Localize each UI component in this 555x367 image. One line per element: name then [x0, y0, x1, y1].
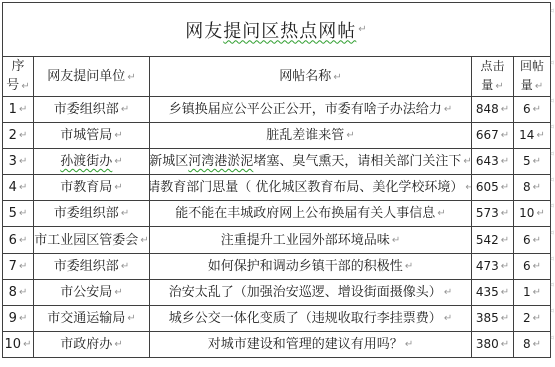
- paragraph-mark-icon: ↵: [533, 336, 541, 353]
- unit-cell: 市政府办↵: [33, 332, 149, 357]
- cell-text: 6: [523, 258, 531, 275]
- post-title-cell: 注重提升工业园外部环境品味↵: [149, 227, 471, 252]
- header-cell-post: 网帖名称↵: [149, 57, 471, 96]
- row-end-markers: ¤¤¤¤¤¤¤¤¤¤¤¤: [549, 0, 555, 367]
- paragraph-mark-icon: ↵: [533, 101, 541, 118]
- serial-cell: 5↵: [3, 201, 33, 226]
- row-end-marker-icon: ¤: [550, 203, 554, 210]
- header-label: 回帖: [520, 57, 544, 76]
- paragraph-mark-icon: ↵: [114, 179, 122, 196]
- paragraph-mark-icon: ↵: [19, 205, 27, 222]
- paragraph-mark-icon: ↵: [536, 205, 544, 222]
- paragraph-mark-icon: ↵: [19, 258, 27, 275]
- post-title-cell: 新城区河湾港淤泥堵塞、臭气熏天，请相关部门关注下↵: [149, 149, 471, 174]
- row-end-marker-icon: ¤: [550, 308, 554, 315]
- replies-cell: 6↵: [513, 254, 550, 279]
- cell-text: 8: [9, 284, 17, 301]
- table-row: 10↵市政府办↵对城市建设和管理的建议有用吗？↵380↵8↵: [3, 331, 550, 357]
- clicks-cell: 605↵: [471, 175, 513, 200]
- cell-text: 385: [476, 310, 499, 327]
- clicks-cell: 848↵: [471, 97, 513, 122]
- row-end-marker-icon: ¤: [550, 8, 554, 15]
- cell-text: 3: [9, 153, 17, 170]
- paragraph-mark-icon: ↵: [444, 101, 452, 118]
- clicks-cell: 385↵: [471, 306, 513, 331]
- table-row: 2↵市城管局↵脏乱差谁来管↵667↵14↵: [3, 122, 550, 148]
- table-row: 1↵市委组织部↵乡镇换届应公平公正公开，市委有啥子办法给力↵848↵6↵: [3, 96, 550, 122]
- cell-text: 孙渡街办: [60, 153, 112, 170]
- cell-text: 市委组织部: [54, 205, 119, 222]
- serial-cell: 7↵: [3, 254, 33, 279]
- table-row: 5↵市委组织部↵能不能在丰城政府网上公布换届有关人事信息↵573↵10↵: [3, 200, 550, 226]
- cell-text: 如何保护和调动乡镇干部的积极性: [208, 258, 403, 275]
- post-title-cell: 能不能在丰城政府网上公布换届有关人事信息↵: [149, 201, 471, 226]
- paragraph-mark-icon: ↵: [444, 284, 452, 301]
- unit-cell: 市城管局↵: [33, 123, 149, 148]
- table-title-row: 网友提问区热点网帖↵: [3, 3, 550, 56]
- header-label: 网帖名称↵: [279, 67, 341, 87]
- paragraph-mark-icon: ↵: [121, 258, 129, 275]
- cell-text: 能不能在丰城政府网上公布换届有关人事信息: [175, 205, 435, 222]
- cell-text: 市城管局: [60, 127, 112, 144]
- unit-cell: 市委组织部↵: [33, 254, 149, 279]
- cell-text: 堵塞、臭气熏天，请相关部门关注下: [253, 153, 461, 170]
- cell-text: 573: [476, 205, 499, 222]
- cell-text: 643: [476, 153, 499, 170]
- paragraph-mark-icon: ↵: [501, 205, 509, 222]
- replies-cell: 1↵: [513, 280, 550, 305]
- paragraph-mark-icon: ↵: [19, 232, 27, 249]
- replies-cell: 10↵: [513, 201, 550, 226]
- serial-cell: 10↵: [3, 332, 33, 357]
- paragraph-mark-icon: ↵: [114, 336, 122, 353]
- paragraph-mark-icon: ↵: [501, 179, 509, 196]
- replies-cell: 6↵: [513, 97, 550, 122]
- paragraph-mark-icon: ↵: [21, 81, 29, 92]
- cell-text: 市工业园区管委会: [34, 232, 138, 249]
- cell-text: 542: [476, 232, 499, 249]
- unit-cell: 市交通运输局↵: [33, 306, 149, 331]
- row-end-marker-icon: ¤: [550, 256, 554, 263]
- header-label: 号↵: [6, 76, 29, 96]
- post-title-cell: 治安太乱了（加强治安巡逻、增设街面摄像头）↵: [149, 280, 471, 305]
- table-body: 1↵市委组织部↵乡镇换届应公平公正公开，市委有啥子办法给力↵848↵6↵2↵市城…: [3, 96, 550, 357]
- paragraph-mark-icon: ↵: [333, 72, 341, 83]
- paragraph-mark-icon: ↵: [437, 205, 445, 222]
- cell-text: 市公安局: [60, 284, 112, 301]
- paragraph-mark-icon: ↵: [501, 310, 509, 327]
- row-end-marker-icon: ¤: [550, 230, 554, 237]
- paragraph-mark-icon: ↵: [444, 310, 452, 327]
- paragraph-mark-icon: ↵: [501, 336, 509, 353]
- clicks-cell: 435↵: [471, 280, 513, 305]
- paragraph-mark-icon: ↵: [121, 205, 129, 222]
- table-title-wavy: 提问区热点网帖: [223, 17, 356, 43]
- header-cell-serial: 序号↵: [3, 57, 33, 96]
- paragraph-mark-icon: ↵: [358, 24, 367, 35]
- paragraph-mark-icon: ↵: [127, 310, 135, 327]
- clicks-cell: 667↵: [471, 123, 513, 148]
- unit-cell: 市委组织部↵: [33, 201, 149, 226]
- replies-cell: 14↵: [513, 123, 550, 148]
- cell-text: 2: [523, 310, 531, 327]
- unit-cell: 市工业园区管委会↵: [33, 227, 149, 252]
- cell-text: 市委组织部: [54, 258, 119, 275]
- serial-cell: 9↵: [3, 306, 33, 331]
- table-row: 8↵市公安局↵治安太乱了（加强治安巡逻、增设街面摄像头）↵435↵1↵: [3, 279, 550, 305]
- replies-cell: 2↵: [513, 306, 550, 331]
- cell-text: 2: [9, 127, 17, 144]
- cell-text: 8: [523, 179, 531, 196]
- cell-text: 435: [476, 284, 499, 301]
- post-title-cell: 如何保护和调动乡镇干部的积极性↵: [149, 254, 471, 279]
- cell-text: 注重提升工业园外部环境品味: [221, 232, 390, 249]
- paragraph-mark-icon: ↵: [405, 336, 413, 353]
- cell-text: 14: [519, 127, 534, 144]
- paragraph-mark-icon: ↵: [19, 310, 27, 327]
- cell-text: 380: [476, 336, 499, 353]
- paragraph-mark-icon: ↵: [114, 284, 122, 301]
- clicks-cell: 643↵: [471, 149, 513, 174]
- cell-text: 667: [476, 127, 499, 144]
- paragraph-mark-icon: ↵: [535, 81, 543, 92]
- unit-cell: 孙渡街办↵: [33, 149, 149, 174]
- paragraph-mark-icon: ↵: [501, 127, 509, 144]
- document-page: { "marks": { "pilcrow": "↵", "row_end": …: [0, 0, 555, 367]
- table-row: 3↵孙渡街办↵新城区河湾港淤泥堵塞、臭气熏天，请相关部门关注下↵643↵5↵: [3, 148, 550, 174]
- header-label: 序: [11, 57, 24, 76]
- header-cell-clicks: 点击量↵: [471, 57, 513, 96]
- paragraph-mark-icon: ↵: [392, 232, 400, 249]
- cell-text: 7: [9, 258, 17, 275]
- paragraph-mark-icon: ↵: [533, 153, 541, 170]
- table-title-plain: 网友: [185, 17, 223, 43]
- cell-text: 市委组织部: [54, 101, 119, 118]
- paragraph-mark-icon: ↵: [19, 127, 27, 144]
- paragraph-mark-icon: ↵: [501, 284, 509, 301]
- cell-text: 6: [9, 232, 17, 249]
- cell-text: 请教育部门思量（ 优化城区教育布局、美化学校环境）: [149, 179, 463, 196]
- unit-cell: 市委组织部↵: [33, 97, 149, 122]
- cell-text: 市政府办: [60, 336, 112, 353]
- paragraph-mark-icon: ↵: [501, 258, 509, 275]
- row-end-marker-icon: ¤: [550, 282, 554, 289]
- post-title-cell: 对城市建设和管理的建议有用吗？↵: [149, 332, 471, 357]
- row-end-marker-icon: ¤: [550, 151, 554, 158]
- post-title-cell: 脏乱差谁来管↵: [149, 123, 471, 148]
- cell-text: 治安太乱了（加强治安巡逻、增设街面摄像头）: [169, 284, 442, 301]
- cell-text: 10: [5, 336, 22, 353]
- cell-text: 1: [523, 284, 531, 301]
- cell-text: 6: [523, 232, 531, 249]
- cell-text: 605: [476, 179, 499, 196]
- clicks-cell: 542↵: [471, 227, 513, 252]
- cell-text: 4: [9, 179, 17, 196]
- header-cell-replies: 回帖量↵: [513, 57, 550, 96]
- paragraph-mark-icon: ↵: [501, 101, 509, 118]
- paragraph-mark-icon: ↵: [23, 336, 31, 353]
- row-end-marker-icon: ¤: [550, 124, 554, 131]
- cell-text: 新城区: [149, 153, 188, 170]
- cell-text: 城乡公交一体化变质了（违规收取行李挂票费）: [169, 310, 442, 327]
- paragraph-mark-icon: ↵: [346, 127, 354, 144]
- row-end-marker-icon: ¤: [550, 98, 554, 105]
- cell-text: 河湾港淤泥: [188, 153, 253, 170]
- replies-cell: 8↵: [513, 332, 550, 357]
- replies-cell: 5↵: [513, 149, 550, 174]
- header-label: 量↵: [521, 76, 543, 96]
- paragraph-mark-icon: ↵: [127, 72, 135, 83]
- cell-text: 乡镇换届应公平公正公开，市委有啥子办法给力: [169, 101, 442, 118]
- table-row: 7↵市委组织部↵如何保护和调动乡镇干部的积极性↵473↵6↵: [3, 253, 550, 279]
- paragraph-mark-icon: ↵: [19, 284, 27, 301]
- paragraph-mark-icon: ↵: [533, 179, 541, 196]
- cell-text: 9: [9, 310, 17, 327]
- paragraph-mark-icon: ↵: [501, 153, 509, 170]
- cell-text: 8: [523, 336, 531, 353]
- serial-cell: 2↵: [3, 123, 33, 148]
- paragraph-mark-icon: ↵: [19, 153, 27, 170]
- row-end-marker-icon: ¤: [550, 335, 554, 342]
- cell-text: 脏乱差谁来管: [266, 127, 344, 144]
- paragraph-mark-icon: ↵: [114, 127, 122, 144]
- table-header-row: 序号↵网友提问单位↵网帖名称↵点击量↵回帖量↵: [3, 56, 550, 96]
- cell-text: 市教育局: [60, 179, 112, 196]
- paragraph-mark-icon: ↵: [19, 179, 27, 196]
- serial-cell: 3↵: [3, 149, 33, 174]
- cell-text: 市交通运输局: [47, 310, 125, 327]
- replies-cell: 8↵: [513, 175, 550, 200]
- paragraph-mark-icon: ↵: [536, 127, 544, 144]
- header-label: 网友提问单位↵: [47, 67, 135, 87]
- paragraph-mark-icon: ↵: [463, 153, 471, 170]
- table-row: 6↵市工业园区管委会↵注重提升工业园外部环境品味↵542↵6↵: [3, 226, 550, 252]
- paragraph-mark-icon: ↵: [501, 232, 509, 249]
- serial-cell: 4↵: [3, 175, 33, 200]
- row-end-marker-icon: ¤: [550, 60, 554, 67]
- post-title-cell: 城乡公交一体化变质了（违规收取行李挂票费）↵: [149, 306, 471, 331]
- paragraph-mark-icon: ↵: [405, 258, 413, 275]
- hot-posts-table: 网友提问区热点网帖↵ 序号↵网友提问单位↵网帖名称↵点击量↵回帖量↵ 1↵市委组…: [2, 2, 551, 358]
- paragraph-mark-icon: ↵: [114, 153, 122, 170]
- replies-cell: 6↵: [513, 227, 550, 252]
- table-row: 9↵市交通运输局↵城乡公交一体化变质了（违规收取行李挂票费）↵385↵2↵: [3, 305, 550, 331]
- row-end-marker-icon: ¤: [550, 177, 554, 184]
- clicks-cell: 473↵: [471, 254, 513, 279]
- paragraph-mark-icon: ↵: [533, 310, 541, 327]
- post-title-cell: 乡镇换届应公平公正公开，市委有啥子办法给力↵: [149, 97, 471, 122]
- serial-cell: 1↵: [3, 97, 33, 122]
- unit-cell: 市公安局↵: [33, 280, 149, 305]
- paragraph-mark-icon: ↵: [533, 232, 541, 249]
- paragraph-mark-icon: ↵: [495, 81, 503, 92]
- paragraph-mark-icon: ↵: [140, 232, 148, 249]
- header-label: 点击: [480, 57, 504, 76]
- header-cell-unit: 网友提问单位↵: [33, 57, 149, 96]
- cell-text: 473: [476, 258, 499, 275]
- serial-cell: 6↵: [3, 227, 33, 252]
- paragraph-mark-icon: ↵: [19, 101, 27, 118]
- cell-text: 5: [9, 205, 17, 222]
- paragraph-mark-icon: ↵: [533, 284, 541, 301]
- serial-cell: 8↵: [3, 280, 33, 305]
- cell-text: 1: [9, 101, 17, 118]
- clicks-cell: 380↵: [471, 332, 513, 357]
- paragraph-mark-icon: ↵: [533, 258, 541, 275]
- clicks-cell: 573↵: [471, 201, 513, 226]
- cell-text: 对城市建设和管理的建议有用吗？: [208, 336, 403, 353]
- header-label: 量↵: [481, 76, 503, 96]
- table-row: 4↵市教育局↵请教育部门思量（ 优化城区教育布局、美化学校环境）↵605↵8↵: [3, 174, 550, 200]
- cell-text: 5: [523, 153, 531, 170]
- paragraph-mark-icon: ↵: [121, 101, 129, 118]
- post-title-cell: 请教育部门思量（ 优化城区教育布局、美化学校环境）↵: [149, 175, 471, 200]
- cell-text: 6: [523, 101, 531, 118]
- cell-text: 10: [519, 205, 534, 222]
- cell-text: 848: [476, 101, 499, 118]
- unit-cell: 市教育局↵: [33, 175, 149, 200]
